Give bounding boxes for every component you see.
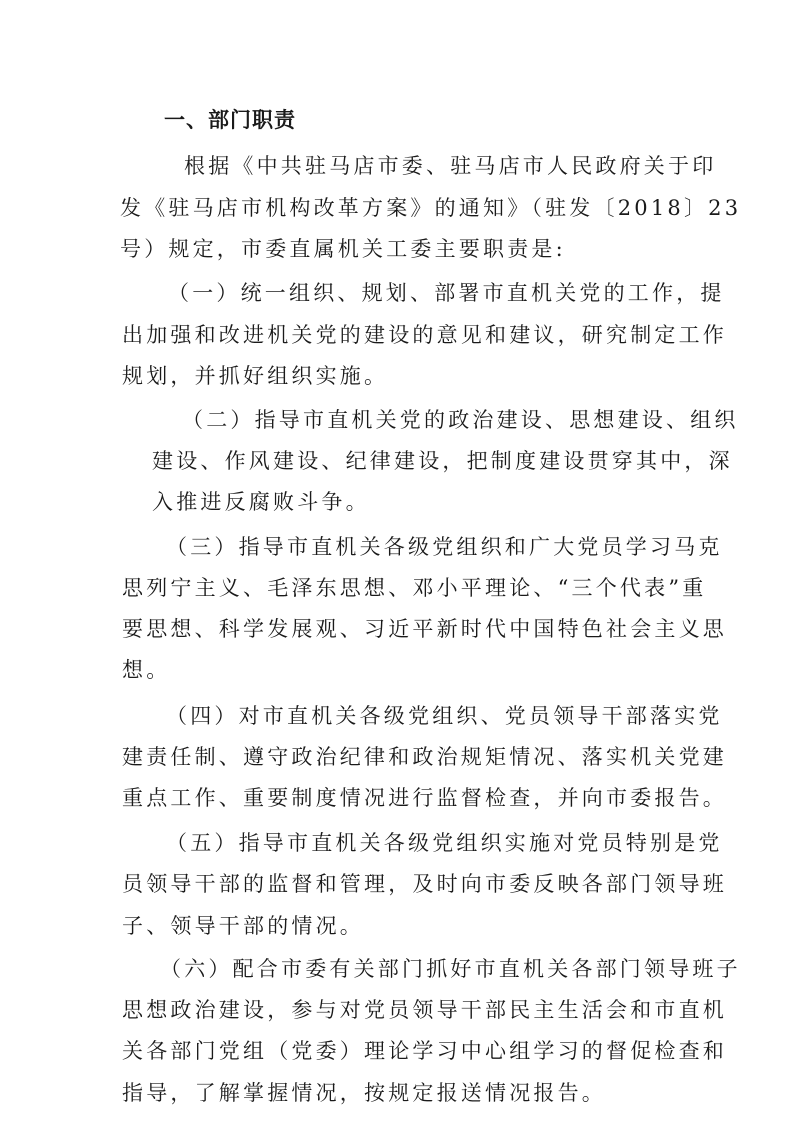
text-line: （一）统一组织、规划、部署市直机关党的工作，提 — [168, 280, 725, 306]
text-line: 要思想、科学发展观、习近平新时代中国特色社会主义思 — [122, 616, 727, 642]
text-line: （五）指导市直机关各级党组织实施对党员特别是党 — [166, 830, 723, 856]
text-line: （四）对市直机关各级党组织、党员领导干部落实党 — [166, 703, 723, 729]
text-line: 思列宁主义、毛泽东思想、邓小平理论、“三个代表”重 — [122, 575, 706, 601]
text-line: 规划，并抓好组织实施。 — [122, 363, 388, 389]
text-line: 发《驻马店市机构改革方案》的通知》（驻发〔2018〕23 — [120, 195, 741, 221]
text-line: 员领导干部的监督和管理，及时向市委反映各部门领导班 — [122, 871, 727, 897]
text-line: 根据《中共驻马店市委、驻马店市人民政府关于印 — [184, 153, 716, 179]
text-line: 重点工作、重要制度情况进行监督检查，并向市委报告。 — [122, 785, 727, 811]
text-line: 入推进反腐败斗争。 — [152, 489, 370, 515]
section-heading: 一、部门职责 — [164, 104, 296, 134]
text-line: 想。 — [122, 657, 170, 683]
text-line: 建设、作风建设、纪律建设，把制度建设贯穿其中，深 — [152, 448, 733, 474]
text-line: 出加强和改进机关党的建设的意见和建议，研究制定工作 — [122, 322, 727, 348]
text-line: 关各部门党组（党委）理论学习中心组学习的督促检查和 — [122, 1038, 727, 1064]
text-line: 号）规定，市委直属机关工委主要职责是: — [120, 236, 566, 262]
text-line: （三）指导市直机关各级党组织和广大党员学习马克 — [166, 534, 723, 560]
document-page: 一、部门职责 根据《中共驻马店市委、驻马店市人民政府关于印发《驻马店市机构改革方… — [0, 0, 793, 1122]
text-line: 思想政治建设，参与对党员领导干部民主生活会和市直机 — [122, 997, 727, 1023]
text-line: （六）配合市委有关部门抓好市直机关各部门领导班子 — [160, 956, 741, 982]
text-line: （二）指导市直机关党的政治建设、思想建设、组织 — [182, 407, 739, 433]
text-line: 子、领导干部的情况。 — [122, 913, 364, 939]
text-line: 指导，了解掌握情况，按规定报送情况报告。 — [122, 1080, 606, 1106]
text-line: 建责任制、遵守政治纪律和政治规矩情况、落实机关党建 — [122, 744, 727, 770]
